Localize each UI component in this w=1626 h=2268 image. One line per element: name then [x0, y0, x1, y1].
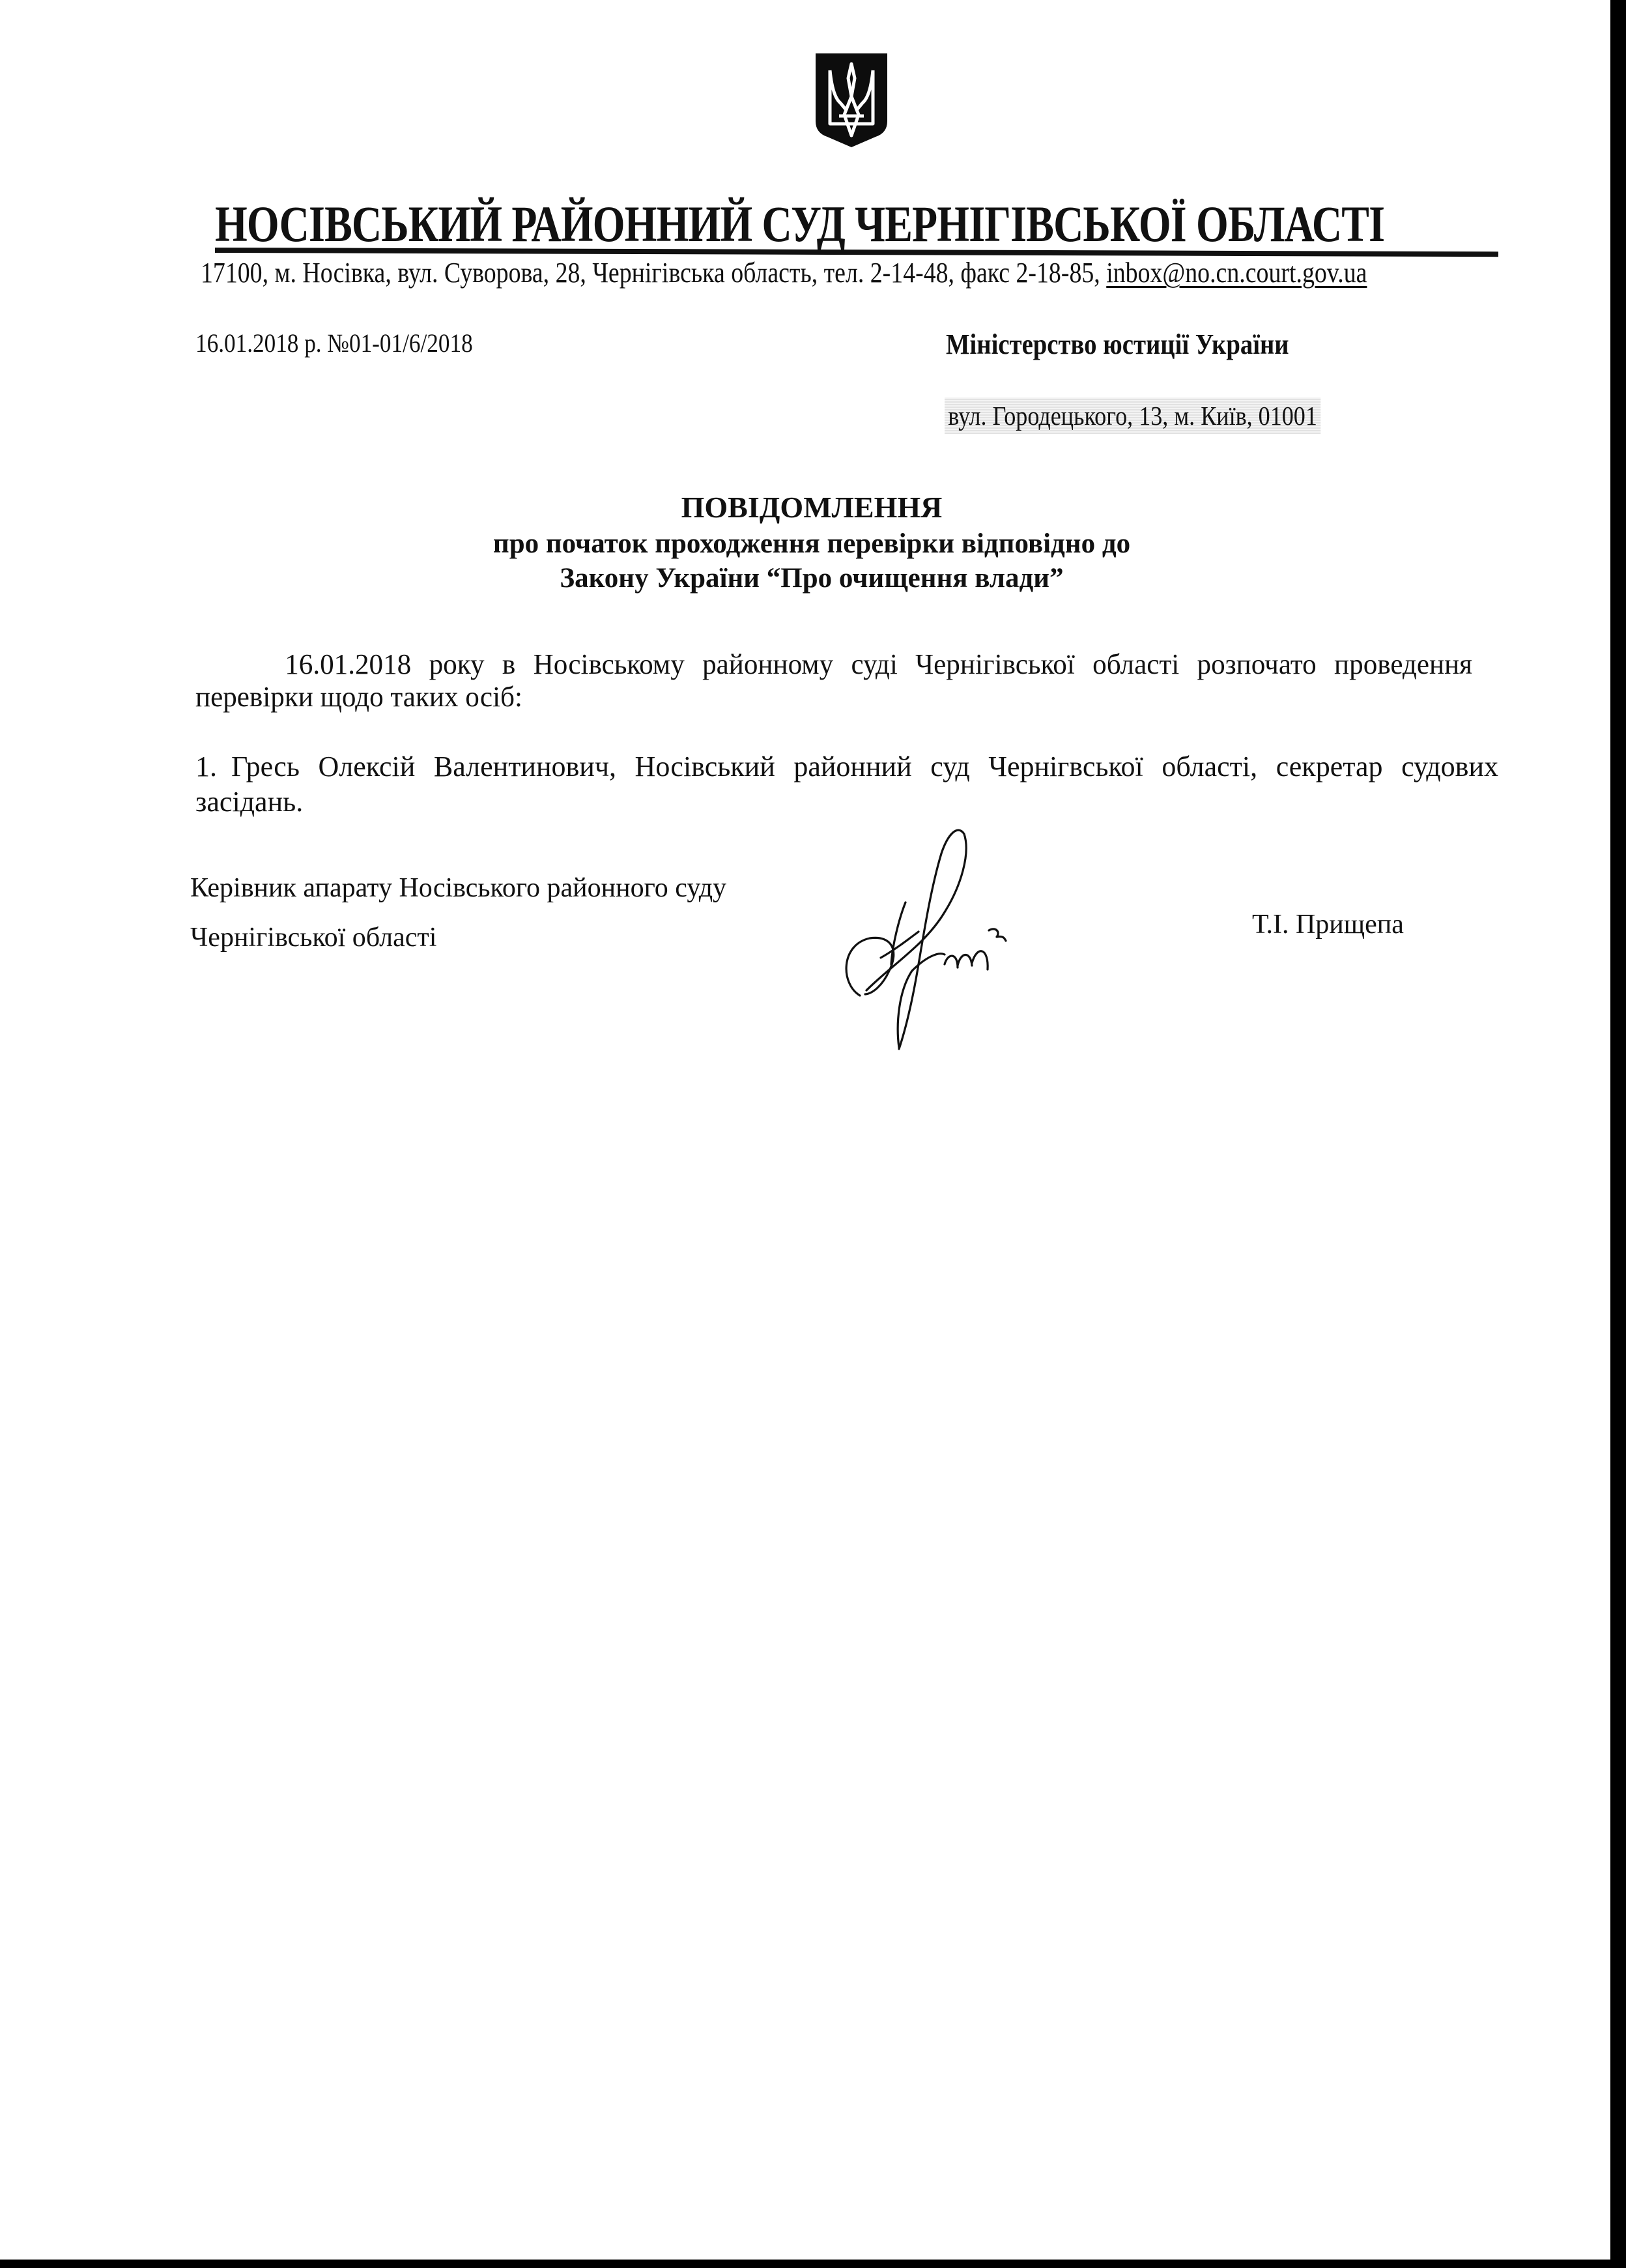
signer-position-line1: Керівник апарату Носівського районного с…: [190, 863, 726, 913]
court-name-heading: НОСІВСЬКИЙ РАЙОННИЙ СУД ЧЕРНІГІВСЬКОЇ ОБ…: [215, 199, 1262, 250]
recipient-name: Міністерство юстиції України: [946, 328, 1289, 361]
recipient-address: вул. Городецького, 13, м. Київ, 01001: [945, 397, 1320, 434]
signer-position-line2: Чернігівської області: [190, 913, 726, 962]
person-list-item: 1.Гресь Олексій Валентинович, Носівський…: [195, 749, 1498, 820]
document-page: НОСІВСЬКИЙ РАЙОННИЙ СУД ЧЕРНІГІВСЬКОЇ ОБ…: [0, 0, 1610, 2260]
court-contacts: 17100, м. Носівка, вул. Суворова, 28, Че…: [201, 257, 1367, 289]
court-email-link[interactable]: inbox@no.cn.court.gov.ua: [1106, 257, 1367, 289]
court-address: 17100, м. Носівка, вул. Суворова, 28, Че…: [201, 257, 1106, 289]
notice-subtitle-line1: про початок проходження перевірки відпов…: [13, 526, 1610, 562]
body-text: 16.01.2018 року в Носівському районному …: [195, 648, 1498, 713]
scan-border-bottom: [0, 2260, 1626, 2268]
notice-title: ПОВІДОМЛЕННЯ: [13, 489, 1610, 526]
notice-subtitle-line2: Закону України “Про очищення влади”: [13, 561, 1610, 596]
list-item-text: Гресь Олексій Валентинович, Носівський р…: [195, 751, 1498, 818]
list-item-number: 1.: [195, 749, 231, 784]
handwritten-signature-icon: [834, 814, 1016, 1055]
intro-paragraph: 16.01.2018 року в Носівському районному …: [195, 648, 1472, 713]
outgoing-reference: 16.01.2018 р. №01-01/6/2018: [195, 328, 473, 358]
signer-position: Керівник апарату Носівського районного с…: [190, 863, 726, 962]
signer-name: Т.І. Прищепа: [1252, 909, 1404, 940]
ukraine-coat-of-arms-icon: [813, 51, 890, 149]
notice-heading: ПОВІДОМЛЕННЯ про початок проходження пер…: [0, 489, 1610, 596]
scan-border-right: [1610, 0, 1626, 2268]
